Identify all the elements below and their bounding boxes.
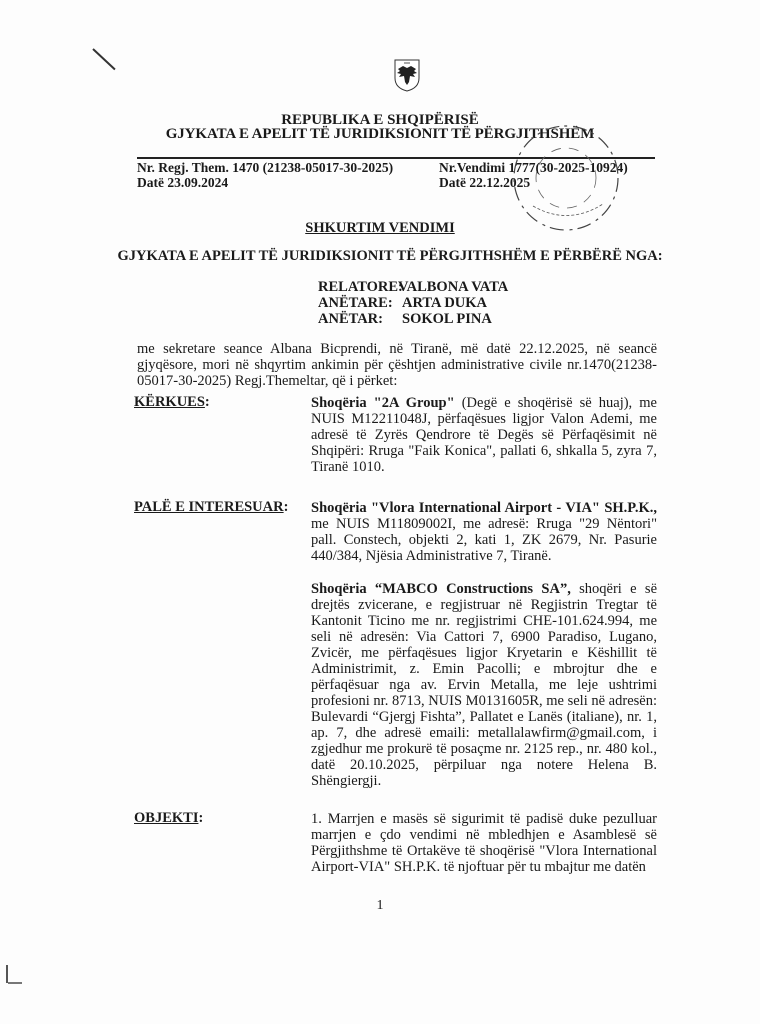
section-body-objekti: 1. Marrjen e masës së sigurimit të padis… <box>311 811 657 875</box>
scan-edge-mark <box>8 982 22 984</box>
court-heading: GJYKATA E APELIT TË JURIDIKSIONIT TË PËR… <box>0 126 760 143</box>
section-body-pale-1: Shoqëria "Vlora International Airport - … <box>311 500 657 564</box>
page-number: 1 <box>0 898 760 914</box>
document-title: SHKURTIM VENDIMI <box>0 220 760 237</box>
judge-panel: RELATORE: VALBONA VATA ANËTARE: ARTA DUK… <box>318 279 508 327</box>
section-label-pale-interesuar: PALË E INTERESUAR: <box>134 499 288 516</box>
panel-name: ARTA DUKA <box>402 295 487 311</box>
session-intro: me sekretare seance Albana Bicprendi, në… <box>137 341 657 389</box>
scan-artifact-mark <box>92 48 115 70</box>
panel-member: ANËTAR: SOKOL PINA <box>318 311 508 327</box>
scan-edge-mark <box>6 965 8 983</box>
section-label-objekti: OBJEKTI: <box>134 810 203 827</box>
party-name: Shoqëria "Vlora International Airport - … <box>311 500 657 516</box>
party-name: Shoqëria “MABCO Constructions SA”, <box>311 581 571 597</box>
panel-name: VALBONA VATA <box>398 279 508 295</box>
panel-member: RELATORE: VALBONA VATA <box>318 279 508 295</box>
albanian-coat-of-arms-icon <box>394 58 420 92</box>
section-body-pale-2: Shoqëria “MABCO Constructions SA”, shoqë… <box>311 581 657 789</box>
court-stamp-icon <box>478 116 628 234</box>
court-composition-heading: GJYKATA E APELIT TË JURIDIKSIONIT TË PËR… <box>0 248 760 265</box>
panel-role: ANËTARE: <box>318 295 402 311</box>
panel-member: ANËTARE: ARTA DUKA <box>318 295 508 311</box>
panel-name: SOKOL PINA <box>402 311 492 327</box>
registry-left: Nr. Regj. Them. 1470 (21238-05017-30-202… <box>137 160 393 190</box>
party-name: Shoqëria "2A Group" <box>311 395 455 411</box>
section-body-kerkues: Shoqëria "2A Group" (Degë e shoqërisë së… <box>311 395 657 475</box>
panel-role: RELATORE: <box>318 279 398 295</box>
registry-date: Datë 23.09.2024 <box>137 175 393 190</box>
registry-number: Nr. Regj. Them. 1470 (21238-05017-30-202… <box>137 160 393 175</box>
section-label-kerkues: KËRKUES: <box>134 394 210 411</box>
panel-role: ANËTAR: <box>318 311 402 327</box>
